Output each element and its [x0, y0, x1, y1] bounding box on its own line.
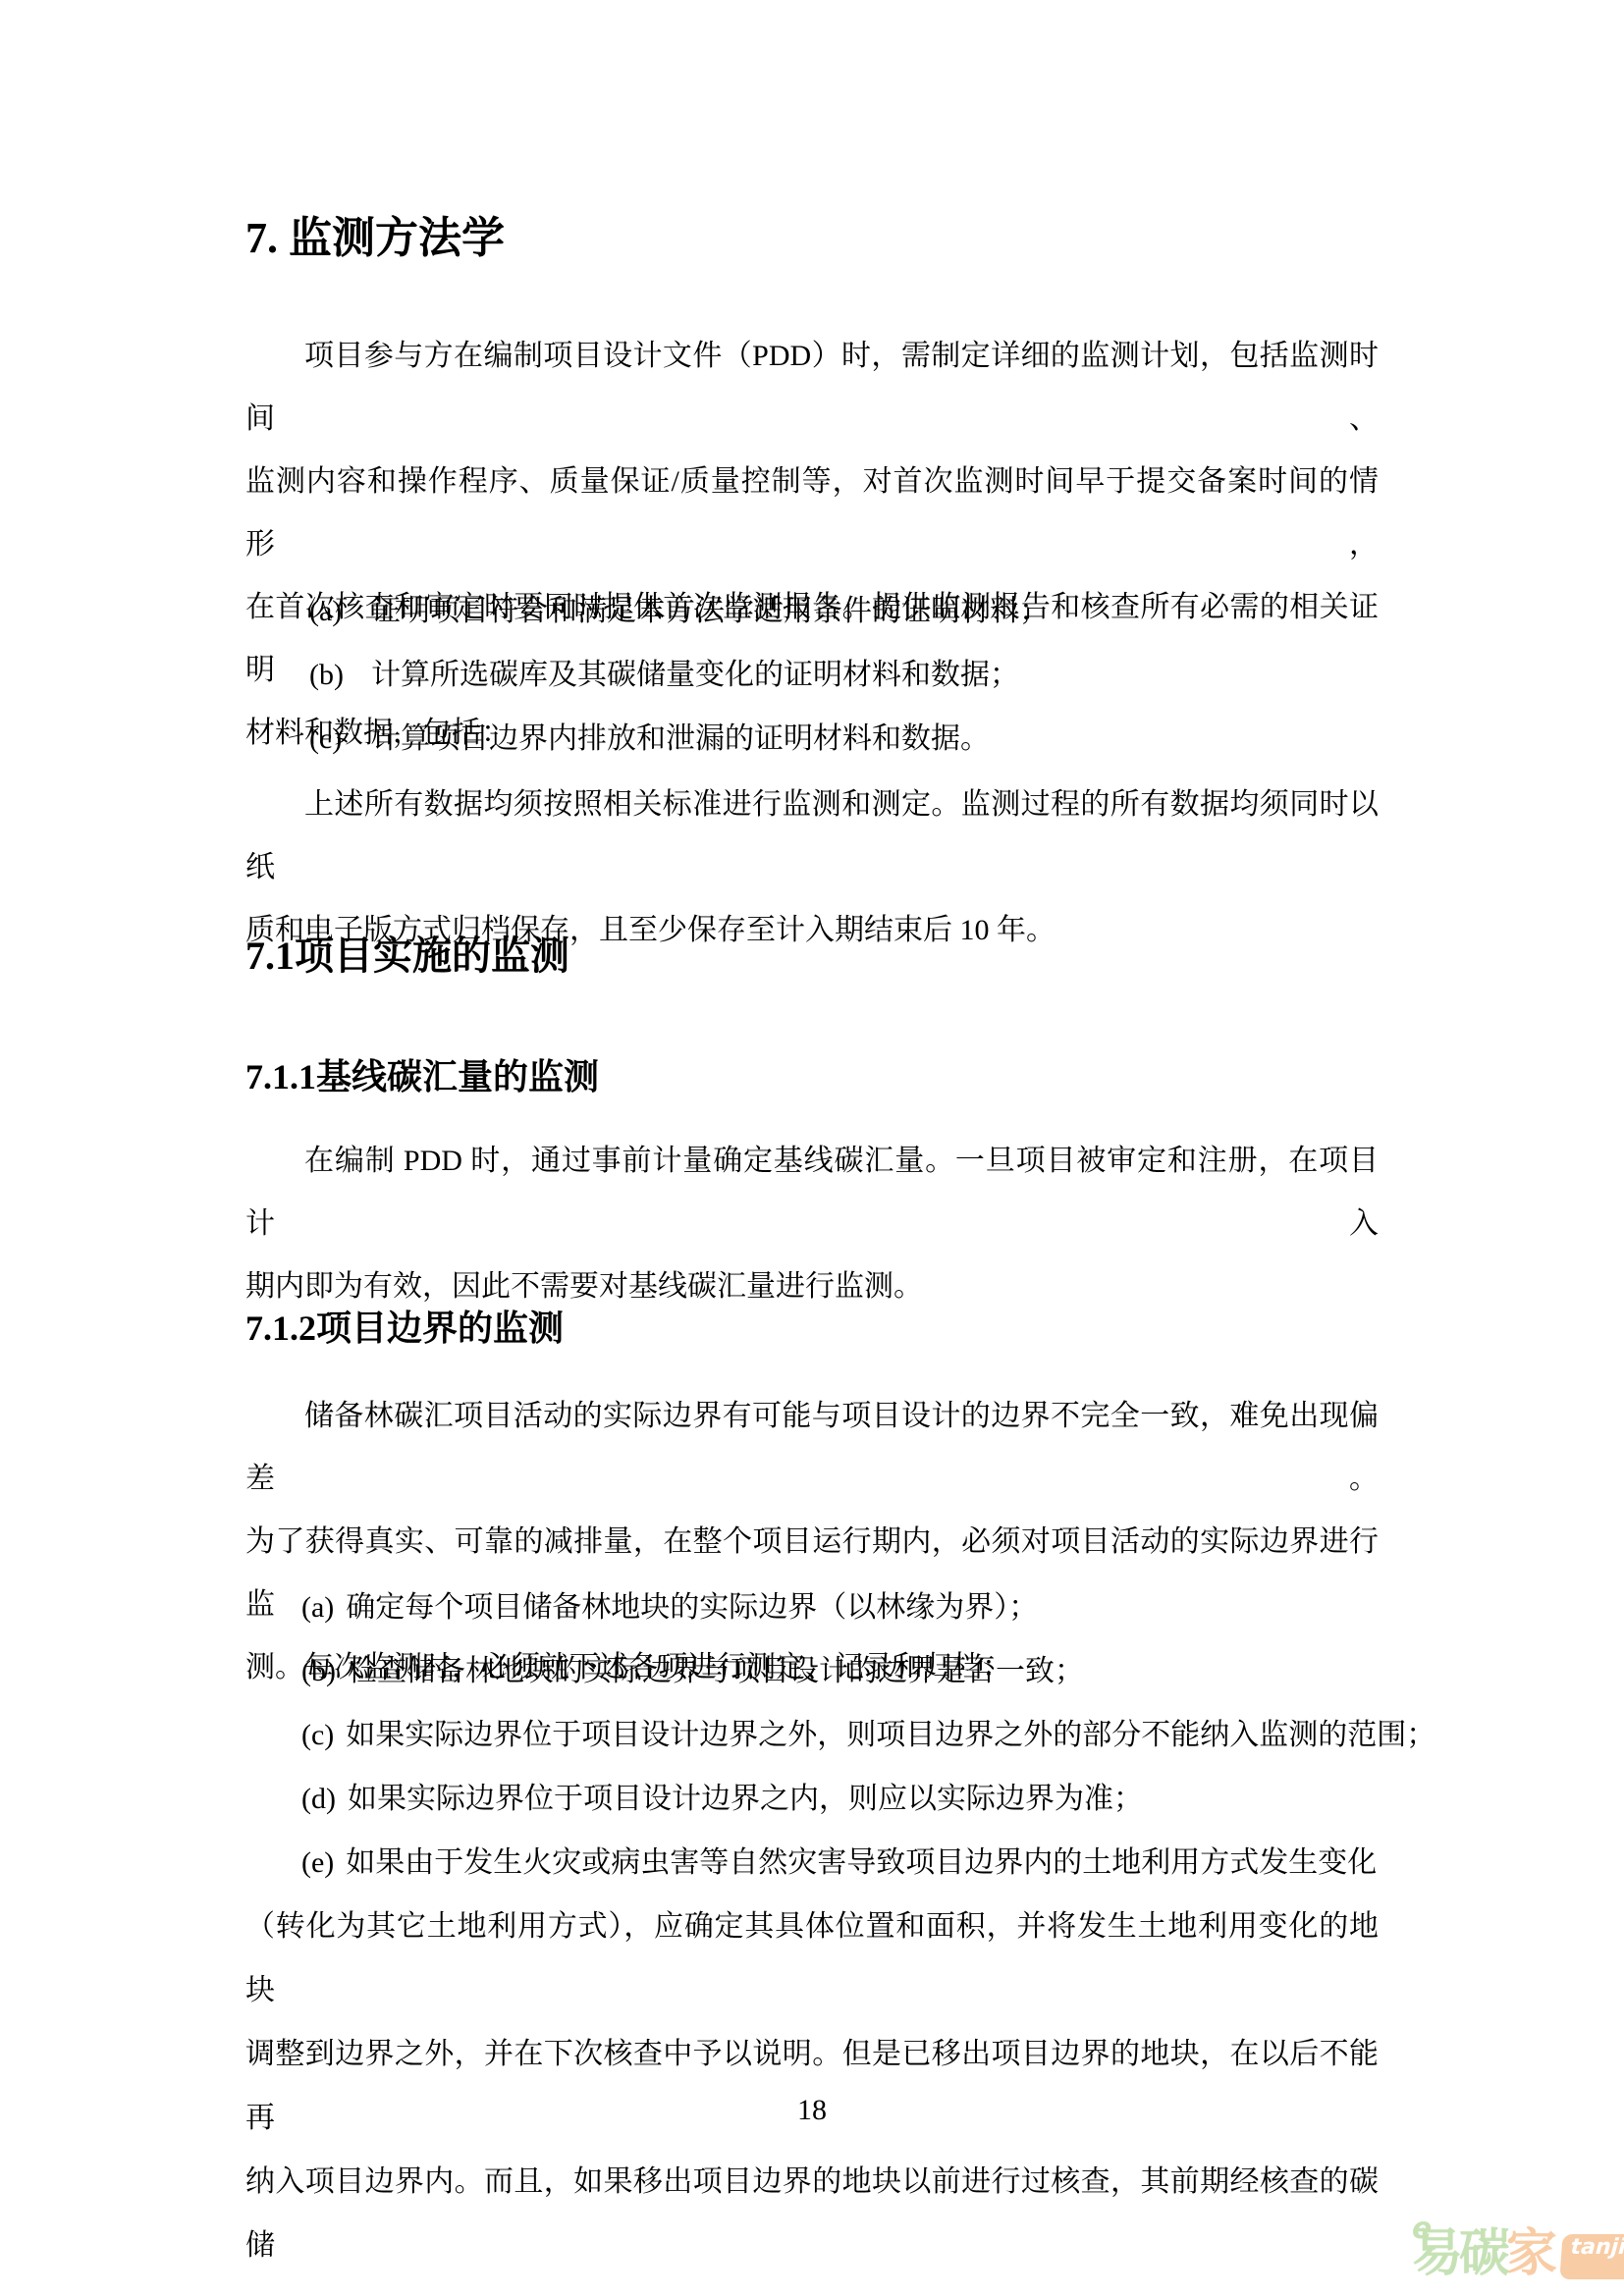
page-number: 18 [0, 2091, 1624, 2130]
list-item-label: (a) [301, 1591, 334, 1624]
list-item-label: (c) [301, 1719, 334, 1751]
paragraph-line: 调整到边界之外，并在下次核查中予以说明。但是已移出项目边界的地块，在以后不能再 [245, 2022, 1379, 2150]
watermark-char-tan: 碳 [1459, 2230, 1506, 2279]
watermark-brand-characters: e 易 碳 家 [1412, 2230, 1553, 2279]
list-item-label: (d) [301, 1783, 336, 1815]
list-item: (a)确定每个项目储备林地块的实际边界（以林缘为界）； [245, 1575, 1379, 1639]
list-item-text: 确定每个项目储备林地块的实际边界（以林缘为界）； [346, 1591, 1038, 1624]
watermark-domain-badge: tanjiaoyi .com [1559, 2234, 1624, 2279]
paragraph-line: 储备林碳汇项目活动的实际边界有可能与项目设计的边界不完全一致，难免出现偏差。 [245, 1385, 1379, 1511]
list-item: (c)如果实际边界位于项目设计边界之外，则项目边界之外的部分不能纳入监测的范围； [245, 1703, 1379, 1767]
paragraph-5: （转化为其它土地利用方式），应确定其具体位置和面积，并将发生土地利用变化的地块 … [245, 1895, 1379, 2277]
paragraph-line: 上述所有数据均须按照相关标准进行监测和测定。监测过程的所有数据均须同时以纸 [245, 774, 1379, 899]
paragraph-line: 监测内容和操作程序、质量保证/质量控制等，对首次监测时间早于提交备案时间的情形， [245, 451, 1379, 576]
paragraph-3: 在编制 PDD 时，通过事前计量确定基线碳汇量。一旦项目被审定和注册，在项目计入… [245, 1130, 1379, 1318]
list-item: (c)计算项目边界内排放和泄漏的证明材料和数据。 [245, 707, 1379, 771]
list-item-text: 如果实际边界位于项目设计边界之内，则应以实际边界为准； [348, 1783, 1143, 1815]
list-item-text: 证明项目符合和满足本方法学适用条件的证明材料； [371, 595, 1049, 627]
list-item-text: 计算项目边界内排放和泄漏的证明材料和数据。 [371, 722, 990, 755]
list-item-label: (b) [309, 643, 371, 707]
list-item-label: (a) [309, 579, 371, 643]
watermark-logo: e 易 碳 家 tanjiaoyi .com [1412, 2230, 1624, 2279]
list-item-label: (e) [301, 1846, 334, 1879]
paragraph-line: （转化为其它土地利用方式），应确定其具体位置和面积，并将发生土地利用变化的地块 [245, 1895, 1379, 2022]
list-item-text: 计算所选碳库及其碳储量变化的证明材料和数据； [371, 659, 1019, 691]
paragraph-line: 项目参与方在编制项目设计文件（PDD）时，需制定详细的监测计划，包括监测时间、 [245, 325, 1379, 451]
list-item-text: 检查储备林地块的实际边界与项目设计的边界是否一致； [348, 1655, 1084, 1687]
section-heading-7: 7. 监测方法学 [245, 211, 1379, 266]
document-page: 7. 监测方法学 项目参与方在编制项目设计文件（PDD）时，需制定详细的监测计划… [0, 0, 1624, 2296]
watermark-domain-text: tanjiaoyi [1570, 2237, 1624, 2259]
paragraph-line: 在编制 PDD 时，通过事前计量确定基线碳汇量。一旦项目被审定和注册，在项目计入 [245, 1130, 1379, 1255]
boundary-monitoring-list: (a)确定每个项目储备林地块的实际边界（以林缘为界）； (b)检查储备林地块的实… [245, 1575, 1379, 1895]
watermark-e-swirl-icon: e [1412, 2215, 1432, 2244]
paragraph-line: 纳入项目边界内。而且，如果移出项目边界的地块以前进行过核查，其前期经核查的碳储 [245, 2150, 1379, 2277]
section-heading-7-1-1: 7.1.1基线碳汇量的监测 [245, 1051, 1379, 1102]
evidence-list: (a)证明项目符合和满足本方法学适用条件的证明材料； (b)计算所选碳库及其碳储… [245, 579, 1379, 771]
list-item-label: (b) [301, 1655, 336, 1687]
list-item: (b)检查储备林地块的实际边界与项目设计的边界是否一致； [245, 1639, 1379, 1703]
list-item: (d)如果实际边界位于项目设计边界之内，则应以实际边界为准； [245, 1767, 1379, 1831]
list-item: (e)如果由于发生火灾或病虫害等自然灾害导致项目边界内的土地利用方式发生变化 [245, 1831, 1379, 1895]
section-heading-7-1-2: 7.1.2项目边界的监测 [245, 1303, 1379, 1354]
section-heading-7-1: 7.1项目实施的监测 [245, 929, 1379, 984]
list-item-label: (c) [309, 707, 371, 771]
list-item-text: 如果由于发生火灾或病虫害等自然灾害导致项目边界内的土地利用方式发生变化 [346, 1846, 1377, 1879]
list-item-text: 如果实际边界位于项目设计边界之外，则项目边界之外的部分不能纳入监测的范围； [346, 1719, 1435, 1751]
watermark-char-jia: 家 [1506, 2230, 1553, 2279]
list-item: (b)计算所选碳库及其碳储量变化的证明材料和数据； [245, 643, 1379, 707]
list-item: (a)证明项目符合和满足本方法学适用条件的证明材料； [245, 579, 1379, 643]
